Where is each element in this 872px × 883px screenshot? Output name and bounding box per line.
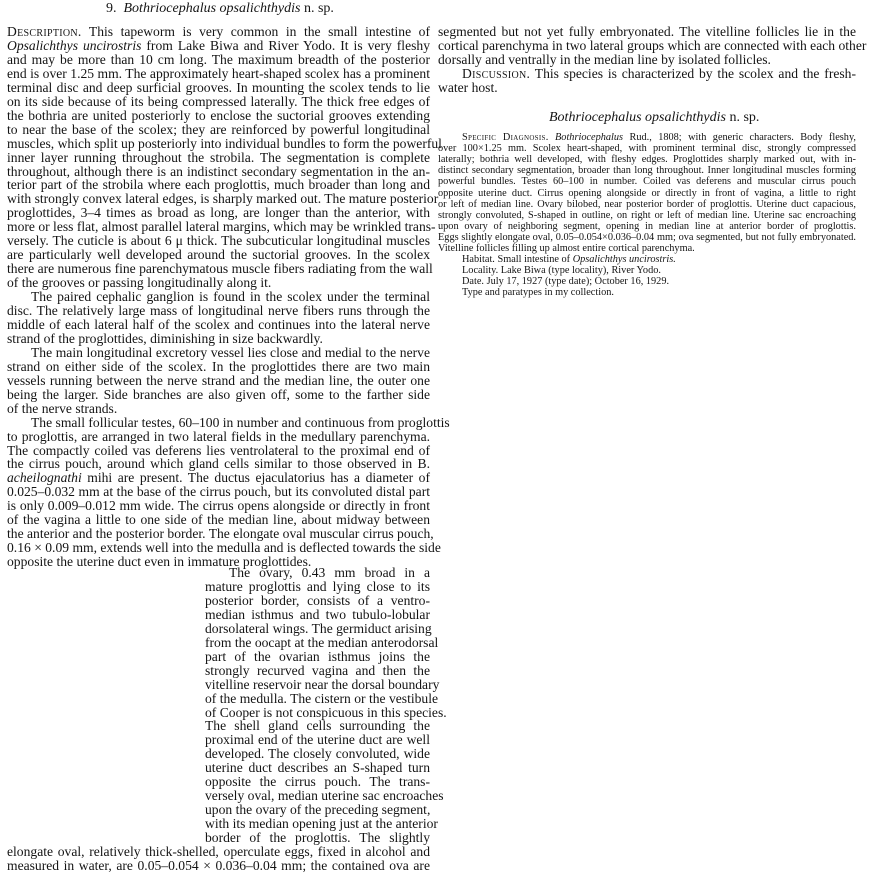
line-text: inner layer running throughout the strob…	[7, 150, 430, 165]
line-text: disc. The relatively large mass of longi…	[7, 303, 430, 318]
text-line: Discussion. This species is characterize…	[462, 67, 856, 81]
heading-species: opsalichthydis	[220, 1, 301, 16]
line-text: vessels running between the nerve strand…	[7, 373, 430, 388]
line-text: Eggs slightly elongate oval, 0.05–0.054×…	[438, 232, 856, 243]
text-line: end is over 1.25 mm. The approximately h…	[7, 67, 430, 81]
line-text: from Lake Biwa and River Yodo. It is ver…	[141, 38, 430, 53]
text-line: water host.	[438, 81, 856, 95]
figure-space	[7, 566, 197, 830]
line-text: The compactly coiled vas deferens lies v…	[7, 443, 430, 458]
line-text: to proglottis, are arranged in two later…	[7, 429, 430, 444]
line-text: strand on either side of the scolex. In …	[7, 359, 430, 374]
line-text: 0.16 × 0.09 mm, extends well into the me…	[7, 540, 441, 555]
text-line: are particularly well developed around t…	[7, 248, 430, 262]
text-line: dorsally and ventrally in the median lin…	[438, 53, 856, 67]
line-text: Small intestine of	[495, 254, 573, 265]
line-text: border of the proglottis. The slightly	[205, 830, 430, 845]
line-text: being the larger. Side branches are also…	[7, 387, 430, 402]
text-line: developed. The closely convoluted, wide	[205, 747, 430, 761]
text-line: muscles, which split up posteriorly into…	[7, 137, 430, 151]
text-line: versely. The cuticle is about 6 μ thick.…	[7, 234, 430, 248]
paragraph-lead: Discussion.	[462, 66, 530, 81]
text-line: vitelline reservoir near the dorsal boun…	[205, 678, 430, 692]
text-line: The compactly coiled vas deferens lies v…	[7, 444, 430, 458]
text-line: posterior border, consists of a ventro-	[205, 594, 430, 608]
text-line: elongate oval, relatively thick-shelled,…	[7, 845, 430, 859]
section-heading: 9. Bothriocephalus opsalichthydis n. sp.	[106, 2, 872, 16]
text-line: throughout, although there is an indisti…	[7, 165, 430, 179]
text-line: versely oval, median uterine sac encroac…	[205, 789, 430, 803]
line-text: of the medulla. The cistern or the vesti…	[205, 691, 438, 706]
line-text: developed. The closely convoluted, wide	[205, 746, 430, 761]
text-line: opposite the cirrus pouch. The trans-	[205, 775, 430, 789]
line-text: This tapeworm is very common in the smal…	[82, 24, 430, 39]
text-line: The main longitudinal excretory vessel l…	[31, 346, 430, 360]
text-line: to proglottis, are arranged in two later…	[7, 430, 430, 444]
text-line: strongly recurved vagina and then the	[205, 664, 430, 678]
text-line: strongly convoluted, S-shaped in outline…	[438, 210, 856, 221]
italic-taxon: Opsalichthys uncirostris.	[573, 254, 676, 265]
text-line: with its median opening just at the ante…	[205, 817, 430, 831]
data-line: Date. July 17, 1927 (type date); October…	[462, 276, 856, 287]
data-line: Locality. Lake Biwa (type locality), Riv…	[462, 265, 856, 276]
line-text: elongate oval, relatively thick-shelled,…	[7, 844, 430, 859]
line-text: more or less flat, almost parallel later…	[7, 219, 436, 234]
text-line: part of the ovarian isthmus joins the	[205, 650, 430, 664]
text-line: Vitelline follicles filling up almost en…	[438, 243, 856, 254]
heading-suffix: n. sp.	[304, 1, 334, 16]
document-page: 9. Bothriocephalus opsalichthydis n. sp.…	[0, 0, 872, 883]
line-text: mature proglottis and lying close to its	[205, 579, 430, 594]
text-line: median isthmus and two tubulo-lobular	[205, 608, 430, 622]
line-text: with strongly convex lateral edges, is s…	[7, 191, 438, 206]
text-line: proglottides, 3–4 times as broad as long…	[7, 206, 430, 220]
line-text: are particularly well developed around t…	[7, 247, 430, 262]
text-line: distinct secondary segmentation, broader…	[438, 165, 856, 176]
text-line: terminal disc and deep surficial grooves…	[7, 81, 430, 95]
line-text: terminal disc and deep surficial grooves…	[7, 80, 430, 95]
text-line: with strongly convex lateral edges, is s…	[7, 192, 430, 206]
line-text: posterior border, consists of a ventro-	[205, 593, 430, 608]
text-line: uterine duct describes an S-shaped turn	[205, 761, 430, 775]
line-text: The shell gland cells surrounding the	[205, 718, 430, 733]
line-text: terior part of the strobila where each p…	[7, 177, 430, 192]
line-text: proximal end of the uterine duct are wel…	[205, 732, 430, 747]
text-line: powerful bundles. Testes 60–100 in numbe…	[438, 176, 856, 187]
heading-number: 9.	[106, 1, 117, 16]
text-line: the bothria are united posteriorly to en…	[7, 109, 430, 123]
text-line: acheilognathi mihi are present. The duct…	[7, 471, 430, 485]
line-text: proglottides, 3–4 times as broad as long…	[7, 205, 430, 220]
field-label: Habitat.	[462, 254, 495, 265]
line-text: middle of each lateral half of the scole…	[7, 317, 430, 332]
line-text: strongly recurved vagina and then the	[205, 663, 430, 678]
text-line: measured in water, are 0.05–0.054 × 0.03…	[7, 859, 430, 873]
subheading-suffix: n. sp.	[729, 110, 759, 125]
text-line: Eggs slightly elongate oval, 0.05–0.054×…	[438, 232, 856, 243]
paragraph-lead: Description.	[7, 24, 82, 39]
line-text: versely oval, median uterine sac encroac…	[205, 788, 444, 803]
text-line: opposite uterine duct. Cirrus opening al…	[438, 188, 856, 199]
text-line: Opsalichthys uncirostris from Lake Biwa …	[7, 39, 430, 53]
text-line: over 100×1.25 mm. Scolex heart-shaped, w…	[438, 143, 856, 154]
text-line: border of the proglottis. The slightly	[205, 831, 430, 845]
text-line: The ovary, 0.43 mm broad in a	[229, 566, 430, 580]
text-line: strand on either side of the scolex. In …	[7, 360, 430, 374]
italic-taxon: Bothriocephalus	[555, 132, 623, 143]
line-text: The main longitudinal excretory vessel l…	[31, 345, 430, 360]
line-text: from the oocapt at the median anterodors…	[205, 635, 438, 650]
line-text: to near the base of the scolex; they are…	[7, 122, 430, 137]
data-line: Type and paratypes in my collection.	[462, 287, 856, 298]
line-text: measured in water, are 0.05–0.054 × 0.03…	[7, 858, 430, 873]
line-text: Vitelline follicles filling up almost en…	[438, 243, 695, 254]
text-line: laterally; bothria well developed, with …	[438, 154, 856, 165]
line-text: dorsally and ventrally in the median lin…	[438, 52, 771, 67]
text-line: cortical parenchyma in two lateral group…	[438, 39, 856, 53]
text-line: there are numerous fine parenchymatous m…	[7, 262, 430, 276]
line-text: of the vagina a little to one side of th…	[7, 512, 430, 527]
text-line: upon ovary of neighboring segment, openi…	[438, 221, 856, 232]
line-text: upon ovary of neighboring segment, openi…	[438, 221, 856, 232]
subheading-genus: Bothriocephalus	[549, 110, 642, 125]
text-line: more or less flat, almost parallel later…	[7, 220, 430, 234]
data-line: Habitat. Small intestine of Opsalichthys…	[462, 254, 856, 265]
text-line: Specific Diagnosis. Bothriocephalus Rud.…	[462, 132, 856, 143]
text-line: of the nerve strands.	[7, 402, 430, 416]
line-text: The ovary, 0.43 mm broad in a	[229, 565, 430, 580]
text-line: 0.025–0.032 mm at the base of the cirrus…	[7, 485, 430, 499]
text-line: proximal end of the uterine duct are wel…	[205, 733, 430, 747]
text-line: segmented but not yet fully embryonated.…	[438, 25, 856, 39]
line-text: July 17, 1927 (type date); October 16, 1…	[484, 276, 669, 287]
line-text: throughout, although there is an indisti…	[7, 164, 430, 179]
line-text: strongly convoluted, S-shaped in outline…	[438, 210, 856, 221]
text-line: terior part of the strobila where each p…	[7, 178, 430, 192]
text-line: of the medulla. The cistern or the vesti…	[205, 692, 430, 706]
line-text: uterine duct describes an S-shaped turn	[205, 760, 430, 775]
line-text: opposite uterine duct. Cirrus opening al…	[438, 188, 856, 199]
text-line: middle of each lateral half of the scole…	[7, 318, 430, 332]
text-line: is only 0.009–0.012 mm wide. The cirrus …	[7, 499, 430, 513]
text-line: strand of the proglottides, diminishing …	[7, 332, 430, 346]
field-label: Date.	[462, 276, 484, 287]
text-line: of the grooves or passing longitudinally…	[7, 276, 430, 290]
line-text: on its side because of its being compres…	[7, 94, 430, 109]
line-text: The paired cephalic ganglion is found in…	[31, 289, 430, 304]
line-text: versely. The cuticle is about 6 μ thick.…	[7, 233, 430, 248]
text-line: The shell gland cells surrounding the	[205, 719, 430, 733]
line-text: Rud., 1808; with generic characters. Bod…	[623, 132, 856, 143]
line-text: the bothria are united posteriorly to en…	[7, 108, 430, 123]
heading-genus: Bothriocephalus	[124, 1, 217, 16]
line-text: mihi are present. The ductus ejaculatori…	[82, 470, 430, 485]
line-text: and may be more than 10 cm long. The max…	[7, 52, 430, 67]
line-text: strand of the proglottides, diminishing …	[7, 331, 323, 346]
line-text: of the nerve strands.	[7, 401, 117, 416]
line-text: end is over 1.25 mm. The approximately h…	[7, 66, 430, 81]
text-line: on its side because of its being compres…	[7, 95, 430, 109]
line-text: opposite the cirrus pouch. The trans-	[205, 774, 430, 789]
line-text: 0.025–0.032 mm at the base of the cirrus…	[7, 484, 430, 499]
line-text: This species is characterized by the sco…	[530, 66, 856, 81]
line-text: the cirrus pouch, around which gland cel…	[7, 456, 430, 471]
line-text: median isthmus and two tubulo-lobular	[205, 607, 430, 622]
text-line: mature proglottis and lying close to its	[205, 580, 430, 594]
text-line: of the vagina a little to one side of th…	[7, 513, 430, 527]
text-line: The paired cephalic ganglion is found in…	[31, 290, 430, 304]
text-line: inner layer running throughout the strob…	[7, 151, 430, 165]
text-line: of Cooper is not conspicuous in this spe…	[205, 706, 430, 720]
text-line: the anterior and the posterior border. T…	[7, 527, 430, 541]
text-line: upon the ovary of the preceding segment,	[205, 803, 430, 817]
text-line: or left of median line. Ovary bilobed, n…	[438, 199, 856, 210]
line-text: or left of median line. Ovary bilobed, n…	[438, 199, 856, 210]
line-text: dorsolateral wings. The germiduct arisin…	[205, 621, 432, 636]
line-text: the anterior and the posterior border. T…	[7, 526, 434, 541]
line-text: Lake Biwa (type locality), River Yodo.	[498, 265, 661, 276]
text-line: the cirrus pouch, around which gland cel…	[7, 457, 430, 471]
text-line: to near the base of the scolex; they are…	[7, 123, 430, 137]
line-text: part of the ovarian isthmus joins the	[205, 649, 430, 664]
text-line: vessels running between the nerve strand…	[7, 374, 430, 388]
line-text: segmented but not yet fully embryonated.…	[438, 24, 856, 39]
line-text: upon the ovary of the preceding segment,	[205, 802, 430, 817]
species-subheading: Bothriocephalus opsalichthydis n. sp.	[549, 111, 759, 125]
line-text: there are numerous fine parenchymatous m…	[7, 261, 433, 276]
line-text: The small follicular testes, 60–100 in n…	[31, 415, 450, 430]
paragraph-lead: Specific Diagnosis.	[462, 132, 549, 143]
line-text: powerful bundles. Testes 60–100 in numbe…	[438, 176, 856, 187]
text-line: and may be more than 10 cm long. The max…	[7, 53, 430, 67]
italic-taxon: Opsalichthys uncirostris	[7, 38, 141, 53]
line-text: is only 0.009–0.012 mm wide. The cirrus …	[7, 498, 430, 513]
text-line: 0.16 × 0.09 mm, extends well into the me…	[7, 541, 430, 555]
field-label: Locality.	[462, 265, 498, 276]
line-text: cortical parenchyma in two lateral group…	[438, 38, 866, 53]
text-line: dorsolateral wings. The germiduct arisin…	[205, 622, 430, 636]
line-text: of Cooper is not conspicuous in this spe…	[205, 705, 447, 720]
line-text: of the grooves or passing longitudinally…	[7, 275, 271, 290]
text-line: from the oocapt at the median anterodors…	[205, 636, 430, 650]
italic-taxon: acheilognathi	[7, 470, 82, 485]
subheading-species: opsalichthydis	[645, 110, 726, 125]
line-text: muscles, which split up posteriorly into…	[7, 136, 442, 151]
text-line: The small follicular testes, 60–100 in n…	[31, 416, 430, 430]
line-text: water host.	[438, 80, 498, 95]
line-text: Type and paratypes in my collection.	[462, 287, 614, 298]
text-line: Description. This tapeworm is very commo…	[7, 25, 430, 39]
line-text: laterally; bothria well developed, with …	[438, 154, 856, 165]
line-text: distinct secondary segmentation, broader…	[438, 165, 856, 176]
text-line: being the larger. Side branches are also…	[7, 388, 430, 402]
text-line: disc. The relatively large mass of longi…	[7, 304, 430, 318]
line-text: vitelline reservoir near the dorsal boun…	[205, 677, 439, 692]
line-text: with its median opening just at the ante…	[205, 816, 438, 831]
line-text: over 100×1.25 mm. Scolex heart-shaped, w…	[438, 143, 856, 154]
